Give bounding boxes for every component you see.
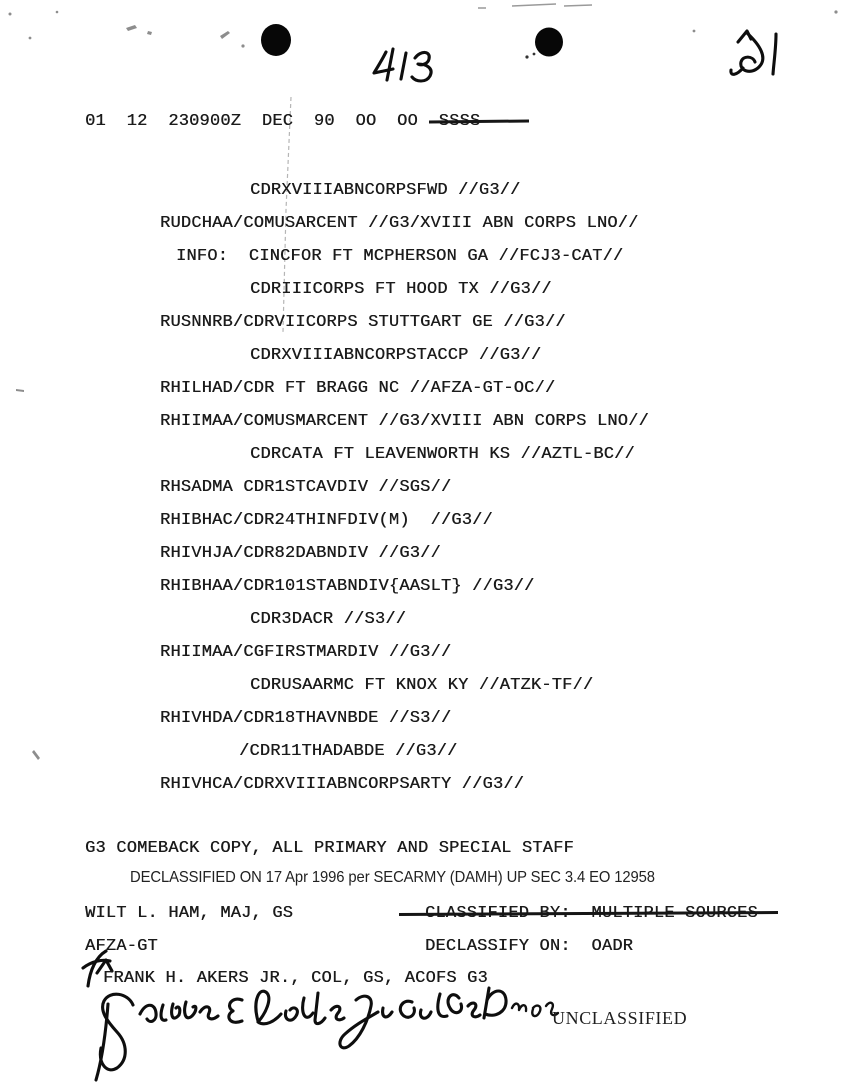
address-line: CDRCATA FT LEAVENWORTH KS //AZTL-BC// xyxy=(250,444,635,466)
ink-dot xyxy=(533,53,536,56)
hole-punch-left xyxy=(261,24,291,56)
address-line: RHIVHCA/CDRXVIIIABNCORPSARTY //G3// xyxy=(160,774,524,796)
address-line: RHIIMAA/CGFIRSTMARDIV //G3// xyxy=(160,642,451,664)
address-line: RHIBHAC/CDR24THINFDIV(M) //G3// xyxy=(160,510,493,532)
corner-number-handwriting xyxy=(731,31,776,74)
document-page: 01 12 230900Z DEC 90 OO OO SSSS CDRXVIII… xyxy=(0,0,856,1088)
signature-handwriting xyxy=(96,988,558,1080)
office-symbol: AFZA-GT xyxy=(85,936,158,958)
address-line: RUDCHAA/COMUSARCENT //G3/XVIII ABN CORPS… xyxy=(160,213,638,235)
address-line: RHIVHDA/CDR18THAVNBDE //S3// xyxy=(160,708,451,730)
declassified-stamp: DECLASSIFIED ON 17 Apr 1996 per SECARMY … xyxy=(130,869,655,886)
address-line: RHSADMA CDR1STCAVDIV //SGS// xyxy=(160,477,451,499)
address-line: CDRXVIIIABNCORPSTACCP //G3// xyxy=(250,345,541,367)
declassify-on-line: DECLASSIFY ON: OADR xyxy=(425,936,633,958)
page-number-handwriting xyxy=(374,49,431,81)
struck-classification-code: SSSS xyxy=(439,111,481,133)
classified-by-struck: CLASSIFIED BY: MULTIPLE SOURCES xyxy=(425,903,758,925)
address-line: INFO: CINCFOR FT MCPHERSON GA //FCJ3-CAT… xyxy=(176,246,623,268)
address-line: CDR3DACR //S3// xyxy=(250,609,406,631)
address-line: RHIVHJA/CDR82DABNDIV //G3// xyxy=(160,543,441,565)
address-line: CDRUSAARMC FT KNOX KY //ATZK-TF// xyxy=(250,675,593,697)
ink-dot xyxy=(525,55,528,58)
scan-smudge xyxy=(478,4,592,8)
releaser-name: WILT L. HAM, MAJ, GS xyxy=(85,903,293,925)
approver-name: FRANK H. AKERS JR., COL, GS, ACOFS G3 xyxy=(103,968,488,990)
address-line: CDRIIICORPS FT HOOD TX //G3// xyxy=(250,279,552,301)
address-line: CDRXVIIIABNCORPSFWD //G3// xyxy=(250,180,520,202)
hole-punch-right xyxy=(535,28,563,57)
header-text: 01 12 230900Z DEC 90 OO OO xyxy=(85,112,439,131)
message-header-line: 01 12 230900Z DEC 90 OO OO SSSS xyxy=(85,111,480,133)
classified-by-line: CLASSIFIED BY: MULTIPLE SOURCES xyxy=(425,903,758,925)
address-line: /CDR11THADABDE //G3// xyxy=(239,741,457,763)
classification-stamp: UNCLASSIFIED xyxy=(552,1008,687,1029)
address-line: RHIBHAA/CDR101STABNDIV{AASLT} //G3// xyxy=(160,576,534,598)
comeback-line: G3 COMEBACK COPY, ALL PRIMARY AND SPECIA… xyxy=(85,838,574,860)
address-line: RHILHAD/CDR FT BRAGG NC //AFZA-GT-OC// xyxy=(160,378,555,400)
address-line: RHIIMAA/COMUSMARCENT //G3/XVIII ABN CORP… xyxy=(160,411,649,433)
address-line: RUSNNRB/CDRVIICORPS STUTTGART GE //G3// xyxy=(160,312,566,334)
